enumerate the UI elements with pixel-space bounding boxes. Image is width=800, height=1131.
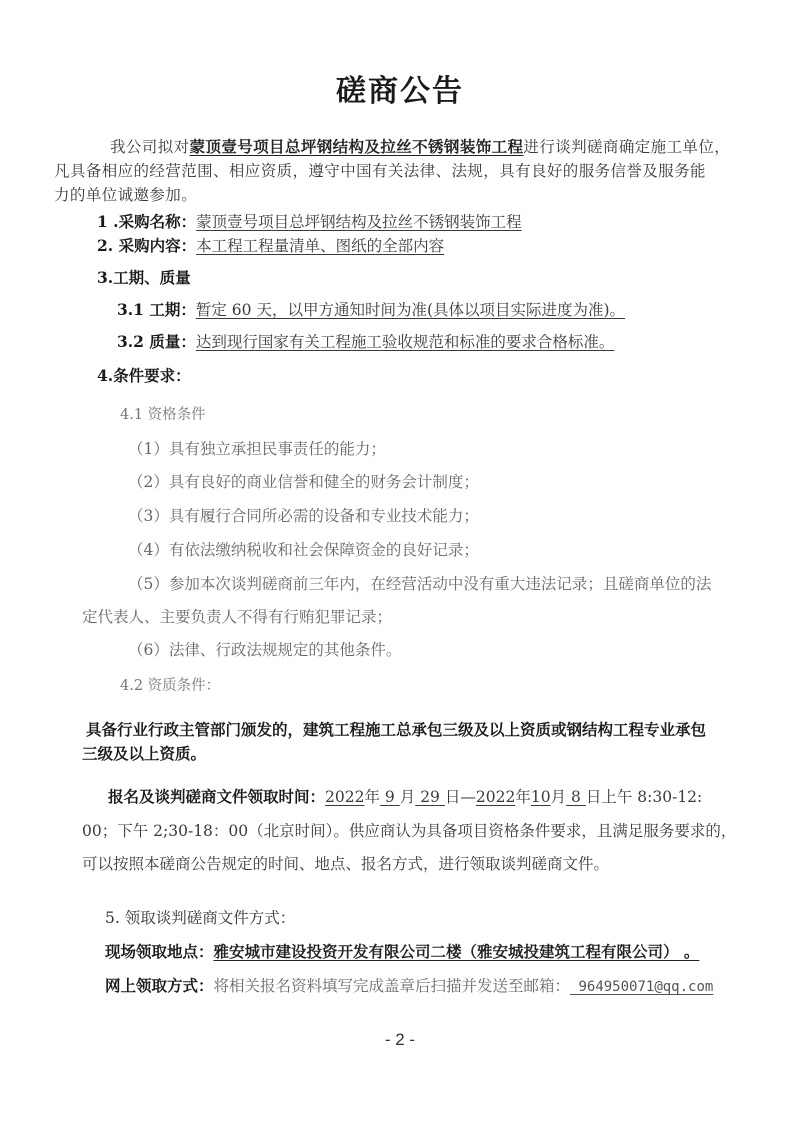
section-4-1-heading: 4.1 资格条件: [120, 403, 206, 427]
condition-item: （4）有依法缴纳税收和社会保障资金的良好记录；: [128, 538, 479, 562]
section-1-value: 蒙顶壹号项目总坪钢结构及拉丝不锈钢装饰工程: [196, 213, 522, 231]
section-3-2-label: 3.2 质量：: [117, 332, 196, 351]
registration-line-3: 可以按照本磋商公告规定的时间、地点、报名方式，进行领取谈判磋商文件。: [82, 852, 609, 876]
online-label: 网上领取方式：: [105, 976, 214, 995]
end-month: 10: [531, 788, 551, 806]
registration-time: 报名及谈判磋商文件领取时间：2022年 9 月 29 日—2022年10月 8 …: [108, 785, 702, 809]
condition-item: （2）具有良好的商业信誉和健全的财务会计制度；: [128, 470, 479, 494]
section-1-label: 1 .采购名称：: [97, 212, 196, 231]
section-4-heading: 4.条件要求：: [97, 364, 191, 388]
condition-item: （3）具有履行合同所必需的设备和专业技术能力；: [128, 504, 479, 528]
month-char: 月: [551, 788, 567, 806]
section-1-procurement-name: 1 .采购名称：蒙顶壹号项目总坪钢结构及拉丝不锈钢装饰工程: [97, 210, 522, 234]
end-year: 2022: [476, 788, 515, 806]
email-link[interactable]: 964950071@qq.com: [570, 979, 713, 995]
section-2-label: 2. 采购内容：: [97, 236, 196, 255]
start-day: 29: [420, 788, 440, 806]
condition-item: （1）具有独立承担民事责任的能力；: [128, 437, 386, 461]
year-char: 年: [515, 788, 531, 806]
intro-line-2: 凡具备相应的经营范围、相应资质，遵守中国有关法律、法规，具有良好的服务信誉及服务…: [54, 159, 706, 183]
online-pickup: 网上领取方式：将相关报名资料填写完成盖章后扫描并发送至邮箱： 964950071…: [105, 974, 713, 999]
section-4-2-heading: 4.2 资质条件：: [120, 674, 220, 698]
end-day: 8: [571, 788, 581, 806]
section-3-2-quality: 3.2 质量：达到现行国家有关工程施工验收规范和标准的要求合格标准。: [117, 330, 614, 354]
intro-line-3: 力的单位诚邀参加。: [54, 183, 197, 207]
section-3-1-value: 暂定 60 天，以甲方通知时间为准(具体以项目实际进度为准)。: [196, 301, 625, 319]
year-char: 年: [364, 788, 380, 806]
qualification-line-2: 三级及以上资质。: [82, 742, 206, 766]
registration-line-2: 00；下午 2;30-18：00（北京时间）。供应商认为具备项目资格条件要求，且…: [82, 819, 736, 843]
qualification-line-1: 具备行业行政主管部门颁发的，建筑工程施工总承包三级及以上资质或钢结构工程专业承包: [86, 718, 706, 742]
section-3-1-duration: 3.1 工期：暂定 60 天，以甲方通知时间为准(具体以项目实际进度为准)。: [117, 298, 625, 322]
section-2-value: 本工程工程量清单、图纸的全部内容: [196, 237, 444, 255]
day-dash: 日—: [445, 788, 476, 806]
page-title: 磋商公告: [0, 66, 800, 110]
start-year: 2022: [325, 788, 364, 806]
onsite-value: 雅安城市建设投资开发有限公司二楼（雅安城投建筑工程有限公司） 。: [214, 942, 700, 961]
section-5-heading: 5. 领取谈判磋商文件方式：: [105, 906, 295, 930]
start-month: 9: [385, 788, 395, 806]
section-2-procurement-content: 2. 采购内容：本工程工程量清单、图纸的全部内容: [97, 234, 444, 258]
intro-suffix: 进行谈判磋商确定施工单位，: [523, 138, 730, 156]
page-number: - 2 -: [0, 1030, 800, 1050]
am-time: 日上午 8:30-12:: [586, 788, 702, 806]
intro-paragraph: 我公司拟对蒙顶壹号项目总坪钢结构及拉丝不锈钢装饰工程进行谈判磋商确定施工单位，凡…: [82, 135, 737, 207]
intro-prefix: 我公司拟对: [110, 138, 190, 156]
condition-item: （6）法律、行政法规规定的其他条件。: [128, 638, 401, 662]
section-3-heading: 3.工期、质量: [97, 266, 191, 290]
onsite-pickup: 现场领取地点：雅安城市建设投资开发有限公司二楼（雅安城投建筑工程有限公司） 。: [105, 940, 699, 964]
condition-item-continued: 定代表人、主要负责人不得有行贿犯罪记录；: [82, 605, 392, 629]
online-text: 将相关报名资料填写完成盖章后扫描并发送至邮箱：: [214, 977, 571, 995]
condition-item: （5）参加本次谈判磋商前三年内，在经营活动中没有重大违法记录；且磋商单位的法: [128, 572, 711, 596]
section-3-2-value: 达到现行国家有关工程施工验收规范和标准的要求合格标准。: [196, 333, 615, 351]
month-char: 月: [400, 788, 416, 806]
onsite-label: 现场领取地点：: [105, 942, 214, 961]
section-3-1-label: 3.1 工期：: [117, 300, 196, 319]
registration-label: 报名及谈判磋商文件领取时间：: [108, 787, 325, 806]
intro-project-name: 蒙顶壹号项目总坪钢结构及拉丝不锈钢装饰工程: [190, 137, 524, 156]
